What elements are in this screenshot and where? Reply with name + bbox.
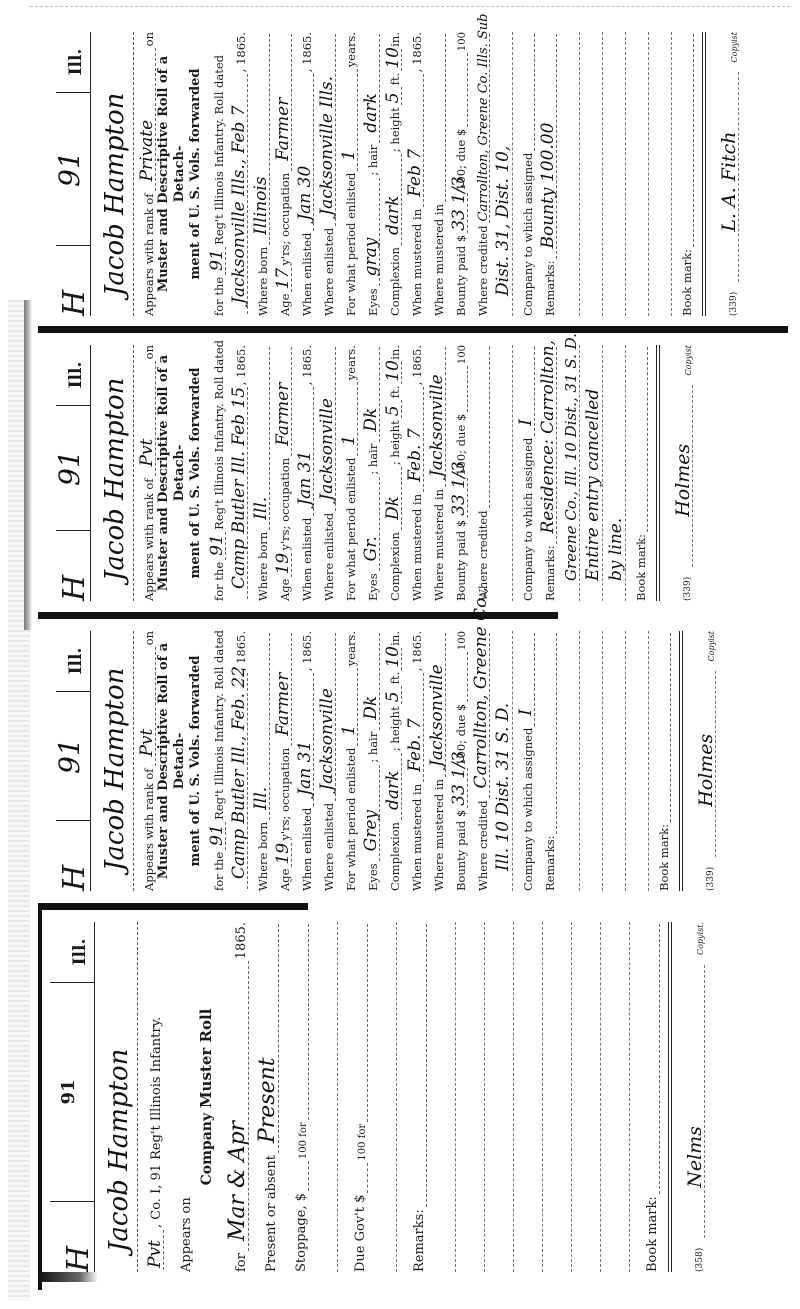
- blank-line: [514, 922, 543, 1272]
- period-row: For what period enlisted 1 years.: [336, 345, 358, 601]
- service-card-1: H 91 Ill. Jacob Hampton Appears with ran…: [38, 20, 786, 330]
- company-row: Company to which assigned I: [513, 345, 535, 601]
- age-row: Age 19 y'rs; occupation Farmer: [270, 345, 292, 601]
- regiment-text: Reg't Illinois Infantry. Roll dated: [212, 340, 226, 530]
- where-credited-value-2: Dist. 31, Dist. 10,: [493, 146, 513, 296]
- when-enlisted-label: When enlisted: [300, 808, 314, 891]
- blank-line: [557, 631, 580, 891]
- when-mustered-label: When mustered in: [410, 784, 424, 891]
- card-header: H 91 Ill.: [48, 631, 91, 891]
- height-in-suffix: in.: [388, 631, 402, 646]
- period-value: 1: [339, 435, 359, 446]
- height-ft-suffix: ft.: [388, 386, 402, 399]
- where-mustered-value: Jacksonville: [427, 664, 447, 767]
- regiment-num: 91: [207, 534, 227, 556]
- present-row: Present or absent Present: [249, 922, 279, 1272]
- rank-value: Pvt: [145, 1240, 165, 1268]
- when-mustered-year: , 1865.: [410, 345, 424, 385]
- soldier-name: Jacob Hampton: [97, 631, 134, 891]
- when-enlisted-row: When enlisted Jan 30 , 1865.: [292, 32, 314, 316]
- for-row: for Mar & Apr 1865.: [219, 922, 249, 1272]
- rank-unit-row: Pvt , Co. I, 91 Reg't Illinois Infantry.: [138, 922, 164, 1272]
- where-credited-line-2: Dist. 31, Dist. 10,: [490, 32, 513, 316]
- complexion-label: Complexion: [388, 822, 402, 891]
- remarks-label: Remarks:: [543, 836, 557, 891]
- roll-dated-row: Camp Butler Ill. Feb 15 , 1865.: [226, 345, 248, 601]
- where-credited-row: Where credited Carrollton, Greene Co.,: [468, 631, 490, 891]
- service-card-3: H 91 Ill. Jacob Hampton Appears with ran…: [38, 619, 786, 905]
- bounty-paid-value: 33 1/3: [449, 176, 469, 230]
- card-footer: (358) Nelms Copyist.: [680, 922, 705, 1272]
- height-ft-suffix: ft.: [388, 73, 402, 86]
- double-rule: [679, 631, 683, 891]
- blank-line: [309, 922, 338, 1272]
- roll-title-company: Company: [199, 1113, 215, 1185]
- height-in-suffix: in.: [388, 32, 402, 47]
- form-title-2: ment of U. S. Vols. forwarded: [188, 32, 204, 316]
- height-ft-suffix: ft.: [388, 672, 402, 685]
- due-gov-row: Due Gov't $ 100 for: [338, 922, 368, 1272]
- card-header: H 91 Ill.: [52, 922, 95, 1272]
- where-enlisted-label: Where enlisted: [322, 513, 336, 601]
- blank-line: [580, 631, 603, 891]
- age-value: 19: [273, 553, 293, 575]
- rank-row: Appears with rank of Pvt on: [134, 345, 156, 601]
- blank-line: [580, 32, 603, 316]
- where-enlisted-label: Where enlisted: [322, 803, 336, 891]
- remarks-line-3: Entire entry cancelled: [580, 345, 603, 601]
- stoppage-row: Stoppage, $ 100 for: [279, 922, 309, 1272]
- occupation-value: Farmer: [273, 673, 293, 736]
- due-gov-for-label: 100 for: [357, 1124, 368, 1161]
- eyes-hair-row: Eyes Grey ; hair Dk: [358, 631, 380, 891]
- complexion-value: Dk: [383, 496, 403, 520]
- bounty-paid-value: 33 1/3: [449, 751, 469, 805]
- eyes-value: Grey: [361, 810, 381, 851]
- copyist-signature: L. A. Fitch: [718, 132, 740, 232]
- service-card-4: H 91 Ill. Jacob Hampton Pvt , Co. I, 91 …: [42, 910, 786, 1290]
- copyist-signature: Nelms: [684, 1126, 706, 1188]
- rank-suffix: on: [142, 631, 156, 645]
- blank-line: [485, 922, 514, 1272]
- blank-line: [427, 922, 456, 1272]
- regiment-row: for the 91 Reg't Illinois Infantry. Roll…: [204, 631, 226, 891]
- soldier-name: Jacob Hampton: [101, 922, 138, 1272]
- complexion-label: Complexion: [388, 247, 402, 316]
- where-mustered-label: Where mustered in: [432, 204, 446, 316]
- roll-title-muster-roll: Muster Roll: [197, 1009, 215, 1108]
- card-footer: (339) Holmes Copyist: [668, 345, 693, 601]
- remarks-value: Residence: Carrollton,: [538, 340, 558, 534]
- stoppage-label: Stoppage, $: [294, 1193, 309, 1272]
- blank-line: [368, 922, 397, 1272]
- company-value: I: [516, 709, 536, 716]
- regiment-text: Reg't Illinois Infantry. Roll dated: [212, 55, 226, 245]
- bounty-row: Bounty paid $ 33 1/3 100; due $ 100: [446, 631, 468, 891]
- remarks-row: Remarks:: [535, 631, 557, 891]
- when-mustered-row: When mustered in Feb. 7 , 1865.: [402, 345, 424, 601]
- surname-initial: H: [60, 246, 90, 316]
- state-abbrev: Ill.: [66, 631, 90, 691]
- where-credited-line-2: Ill. 10 Dist. 31 S. D.: [490, 631, 513, 891]
- where-credited-value: Carrollton, Greene Co. Ills. Sub: [476, 14, 491, 222]
- blank-line: [456, 922, 485, 1272]
- where-enlisted-row: Where enlisted Jacksonville: [314, 631, 336, 891]
- where-credited-label: Where credited: [476, 225, 490, 316]
- book-mark-label: Book mark:: [645, 1196, 660, 1272]
- when-enlisted-label: When enlisted: [300, 518, 314, 601]
- when-mustered-value: Feb 7: [405, 149, 425, 197]
- eyes-label: Eyes: [366, 288, 380, 316]
- where-mustered-row: Where mustered in Jacksonville: [424, 345, 446, 601]
- form-number: (339): [683, 577, 693, 601]
- where-mustered-row: Where mustered in Jacksonville: [424, 631, 446, 891]
- company-label: Company to which assigned: [521, 438, 535, 601]
- where-born-row: Where born Ill.: [248, 631, 270, 891]
- complexion-label: Complexion: [388, 532, 402, 601]
- where-born-label: Where born: [256, 247, 270, 316]
- binding-mark: [38, 1272, 98, 1282]
- occupation-value: Farmer: [273, 98, 293, 161]
- binding-shadow: [24, 300, 32, 630]
- complexion-value: dark: [383, 771, 403, 810]
- state-abbrev: Ill.: [66, 345, 90, 405]
- when-enlisted-row: When enlisted Jan 31 , 1865.: [292, 345, 314, 601]
- form-title-1: Muster and Descriptive Roll of a Detach-: [156, 32, 188, 316]
- blank-line: [626, 32, 649, 316]
- regiment-number: 91: [56, 92, 90, 246]
- height-ft-value: 5: [383, 405, 403, 416]
- card-2-band: H 91 Ill. Jacob Hampton Appears with ran…: [38, 333, 786, 615]
- rank-row: Appears with rank of Private on: [134, 32, 156, 316]
- where-mustered-label: Where mustered in: [432, 489, 446, 601]
- form-title-2: ment of U. S. Vols. forwarded: [188, 345, 204, 601]
- company-label: Company to which assigned: [521, 728, 535, 891]
- blank-line: [649, 32, 672, 316]
- unit-text: , Co. I, 91 Reg't Illinois Infantry.: [149, 1017, 164, 1228]
- when-mustered-year: , 1865.: [410, 32, 424, 72]
- card-header: H 91 Ill.: [48, 32, 91, 316]
- regiment-num: 91: [207, 824, 227, 846]
- period-label: For what period enlisted: [344, 173, 358, 316]
- present-label: Present or absent: [264, 1155, 279, 1272]
- where-born-row: Where born Illinois: [248, 32, 270, 316]
- where-born-value: Ill.: [251, 497, 271, 520]
- copyist-label: Copyist: [684, 345, 693, 375]
- regiment-row: for the 91 Reg't Illinois Infantry. Roll…: [204, 32, 226, 316]
- complexion-height-row: Complexion dark ; height 5 ft. 10 in.: [380, 631, 402, 891]
- rank-value: Pvt: [137, 729, 157, 757]
- where-born-label: Where born: [256, 822, 270, 891]
- blank-line: [603, 631, 626, 891]
- bounty-cents: 100: [457, 32, 468, 51]
- where-mustered-label: Where mustered in: [432, 779, 446, 891]
- when-mustered-value: Feb. 7: [405, 718, 425, 771]
- remarks-label: Remarks:: [543, 261, 557, 316]
- when-mustered-label: When mustered in: [410, 209, 424, 316]
- appears-on-label: Appears on: [179, 1197, 194, 1272]
- card-divider: [38, 903, 308, 910]
- remarks-value: Bounty 100.00: [538, 123, 558, 249]
- for-label: for: [234, 1253, 249, 1272]
- copyist-signature: Holmes: [695, 734, 717, 807]
- occupation-label: y'rs; occupation: [278, 458, 292, 551]
- service-card-2: H 91 Ill. Jacob Hampton Appears with ran…: [38, 333, 786, 615]
- eyes-value: gray: [361, 238, 381, 277]
- where-born-row: Where born Ill.: [248, 345, 270, 601]
- occupation-label: y'rs; occupation: [278, 173, 292, 266]
- blank-line: [601, 922, 630, 1272]
- when-enlisted-year: , 1865.: [300, 631, 314, 671]
- height-in-value: 10: [383, 646, 403, 668]
- eyes-label: Eyes: [366, 573, 380, 601]
- height-label: ; height: [388, 420, 402, 465]
- age-row: Age 17 y'rs; occupation Farmer: [270, 32, 292, 316]
- company-row: Company to which assigned I: [513, 631, 535, 891]
- when-enlisted-year: , 1865.: [300, 32, 314, 72]
- age-value: 19: [273, 843, 293, 865]
- where-enlisted-row: Where enlisted Jacksonville: [314, 345, 336, 601]
- period-value: 1: [339, 150, 359, 161]
- company-row: Company to which assigned: [513, 32, 535, 316]
- period-suffix: years.: [344, 631, 358, 666]
- for-value: Mar & Apr: [225, 1121, 250, 1241]
- period-row: For what period enlisted 1 years.: [336, 631, 358, 891]
- remarks-line-2: Greene Co., Ill. 10 Dist., 31 S. D.: [557, 345, 580, 601]
- book-mark-label: Book mark:: [634, 534, 648, 601]
- state-abbrev: Ill.: [66, 32, 90, 92]
- bounty-paid-value: 33 1/3: [449, 461, 469, 515]
- card-4-band: H 91 Ill. Jacob Hampton Pvt , Co. I, 91 …: [38, 910, 790, 1290]
- bounty-label: Bounty paid $: [454, 810, 468, 891]
- blank-line: [490, 345, 513, 601]
- height-label: ; height: [388, 107, 402, 152]
- form-number: (339): [706, 867, 716, 891]
- remarks-value-2: Greene Co., Ill. 10 Dist., 31 S. D.: [562, 333, 580, 581]
- blank-line: [543, 922, 572, 1272]
- rank-suffix: on: [142, 32, 156, 46]
- eyes-hair-row: Eyes Gr. ; hair Dk: [358, 345, 380, 601]
- roll-year: , 1865.: [234, 32, 248, 72]
- age-label: Age: [278, 869, 292, 891]
- remarks-label: Remarks:: [412, 1209, 427, 1272]
- book-mark-row: Book mark:: [630, 922, 660, 1272]
- bounty-row: Bounty paid $ 33 1/3 100; due $ 100: [446, 32, 468, 316]
- copyist-label: Copyist: [730, 32, 739, 62]
- remarks-line-4: by line.: [603, 345, 626, 601]
- roll-dated-value: Camp Butler Ill. Feb 15: [229, 387, 249, 589]
- age-label: Age: [278, 579, 292, 601]
- due-gov-label: Due Gov't $: [353, 1195, 368, 1272]
- when-enlisted-row: When enlisted Jan 31 , 1865.: [292, 631, 314, 891]
- when-mustered-row: When mustered in Feb. 7 , 1865.: [402, 631, 424, 891]
- roll-dated-value: Camp Butler Ill., Feb. 22: [229, 666, 249, 879]
- remarks-value-4: by line.: [606, 518, 626, 581]
- for-the-label: for the: [212, 562, 226, 601]
- stoppage-for-label: 100 for: [298, 1122, 309, 1159]
- appears-on-row: Appears on: [164, 922, 194, 1272]
- period-suffix: years.: [344, 345, 358, 380]
- complexion-value: dark: [383, 196, 403, 235]
- form-number: (358): [695, 1248, 705, 1272]
- where-enlisted-value: Jacksonville: [317, 688, 337, 791]
- form-title-1: Muster and Descriptive Roll of a Detach-: [156, 631, 188, 891]
- occupation-label: y'rs; occupation: [278, 748, 292, 841]
- book-mark-row: Book mark:: [649, 631, 671, 891]
- when-mustered-label: When mustered in: [410, 494, 424, 601]
- eyes-hair-row: Eyes gray ; hair dark: [358, 32, 380, 316]
- soldier-name: Jacob Hampton: [97, 345, 134, 601]
- bounty-label: Bounty paid $: [454, 520, 468, 601]
- double-rule: [656, 345, 660, 601]
- surname-initial: H: [60, 531, 90, 601]
- hair-value: dark: [361, 93, 381, 132]
- bounty-cents: 100: [457, 345, 468, 364]
- hair-label: ; hair: [366, 145, 380, 176]
- when-mustered-row: When mustered in Feb 7 , 1865.: [402, 32, 424, 316]
- when-enlisted-value: Jan 31: [295, 451, 315, 506]
- soldier-name: Jacob Hampton: [97, 32, 134, 316]
- when-enlisted-label: When enlisted: [300, 233, 314, 316]
- where-enlisted-row: Where enlisted Jacksonville Ills.: [314, 32, 336, 316]
- when-enlisted-value: Jan 31: [295, 741, 315, 796]
- age-label: Age: [278, 294, 292, 316]
- regiment-row: for the 91 Reg't Illinois Infantry. Roll…: [204, 345, 226, 601]
- when-mustered-year: , 1865.: [410, 631, 424, 671]
- state-abbrev: Ill.: [70, 922, 94, 982]
- rank-label: Appears with rank of: [142, 768, 156, 891]
- book-mark-row: Book mark:: [626, 345, 648, 601]
- surname-initial: H: [64, 1202, 94, 1272]
- card-3-band: H 91 Ill. Jacob Hampton Appears with ran…: [38, 619, 786, 905]
- company-label: Company to which assigned: [521, 153, 535, 316]
- rank-suffix: on: [142, 345, 156, 359]
- when-enlisted-value: Jan 30: [295, 166, 315, 221]
- period-label: For what period enlisted: [344, 748, 358, 891]
- card-footer: (339) Holmes Copyist: [691, 631, 716, 891]
- where-credited-value-2: Ill. 10 Dist. 31 S. D.: [493, 703, 513, 871]
- hair-value: Dk: [361, 696, 381, 720]
- height-ft-value: 5: [383, 92, 403, 103]
- where-enlisted-label: Where enlisted: [322, 228, 336, 316]
- copyist-label: Copyist: [707, 631, 716, 661]
- height-in-suffix: in.: [388, 345, 402, 360]
- occupation-value: Farmer: [273, 383, 293, 446]
- form-title-2: ment of U. S. Vols. forwarded: [188, 631, 204, 891]
- blank-line: [603, 32, 626, 316]
- double-rule: [702, 32, 706, 316]
- rank-label: Appears with rank of: [142, 478, 156, 601]
- complexion-height-row: Complexion dark ; height 5 ft. 10 in.: [380, 32, 402, 316]
- when-enlisted-year: , 1865.: [300, 345, 314, 385]
- copyist-signature: Holmes: [672, 444, 694, 517]
- roll-title: Company Muster Roll: [198, 922, 215, 1272]
- where-born-value: Illinois: [251, 176, 271, 234]
- bounty-cents: 100: [457, 631, 468, 650]
- age-row: Age 19 y'rs; occupation Farmer: [270, 631, 292, 891]
- regiment-number: 91: [56, 691, 90, 821]
- where-mustered-value: Jacksonville: [427, 374, 447, 477]
- period-suffix: years.: [344, 32, 358, 67]
- rank-value: Private: [137, 120, 157, 182]
- remarks-label: Remarks:: [543, 546, 557, 601]
- where-born-value: Ill.: [251, 787, 271, 810]
- where-enlisted-value: Jacksonville: [317, 398, 337, 501]
- roll-year: , 1865.: [234, 345, 248, 385]
- card-footer: (339) L. A. Fitch Copyist: [714, 32, 739, 316]
- where-credited-label: Where credited: [476, 800, 490, 891]
- company-value: I: [516, 419, 536, 426]
- hair-label: ; hair: [366, 444, 380, 475]
- blank-line: [557, 32, 580, 316]
- age-value: 17: [273, 268, 293, 290]
- height-label: ; height: [388, 706, 402, 751]
- roll-dated-row: Camp Butler Ill., Feb. 22 , 1865.: [226, 631, 248, 891]
- rank-value: Pvt: [137, 439, 157, 467]
- hair-value: Dk: [361, 408, 381, 432]
- present-value: Present: [255, 1057, 280, 1143]
- regiment-num: 91: [207, 249, 227, 271]
- bounty-row: Bounty paid $ 33 1/3 100; due $ 100: [446, 345, 468, 601]
- book-mark-row: Book mark:: [672, 32, 694, 316]
- card-1-band: H 91 Ill. Jacob Hampton Appears with ran…: [38, 20, 786, 330]
- card-divider: [38, 326, 788, 333]
- bounty-label: Bounty paid $: [454, 235, 468, 316]
- card-header: H 91 Ill.: [48, 345, 91, 601]
- when-mustered-value: Feb. 7: [405, 428, 425, 481]
- period-label: For what period enlisted: [344, 458, 358, 601]
- remarks-row: Remarks:: [397, 922, 427, 1272]
- rank-label: Appears with rank of: [142, 193, 156, 316]
- eyes-label: Eyes: [366, 863, 380, 891]
- blank-line: [572, 922, 601, 1272]
- where-credited-row: Where credited: [468, 345, 490, 601]
- period-row: For what period enlisted 1 years.: [336, 32, 358, 316]
- eyes-value: Gr.: [361, 536, 381, 561]
- period-value: 1: [339, 725, 359, 736]
- remarks-row: Remarks: Residence: Carrollton,: [535, 345, 557, 601]
- height-ft-value: 5: [383, 691, 403, 702]
- remarks-row: Remarks: Bounty 100.00: [535, 32, 557, 316]
- double-rule: [668, 922, 672, 1272]
- regiment-number: 91: [56, 405, 90, 531]
- form-number: (339): [729, 292, 739, 316]
- for-the-label: for the: [212, 852, 226, 891]
- regiment-text: Reg't Illinois Infantry. Roll dated: [212, 630, 226, 820]
- height-in-value: 10: [383, 360, 403, 382]
- hair-label: ; hair: [366, 732, 380, 763]
- where-mustered-row: Where mustered in: [424, 32, 446, 316]
- blank-line: [626, 631, 649, 891]
- form-title-1: Muster and Descriptive Roll of a Detach-: [156, 345, 188, 601]
- book-mark-label: Book mark:: [657, 824, 671, 891]
- remarks-value-3: Entire entry cancelled: [583, 389, 603, 581]
- regiment-number: 91: [50, 982, 94, 1202]
- roll-dated-value: Jacksonville Ills., Feb 7: [229, 105, 249, 304]
- scan-top-edge: [30, 6, 790, 8]
- roll-dated-row: Jacksonville Ills., Feb 7 , 1865.: [226, 32, 248, 316]
- copyist-label: Copyist.: [696, 922, 705, 955]
- surname-initial: H: [60, 821, 90, 891]
- complexion-height-row: Complexion Dk ; height 5 ft. 10 in.: [380, 345, 402, 601]
- height-in-value: 10: [383, 47, 403, 69]
- for-the-label: for the: [212, 277, 226, 316]
- where-enlisted-value: Jacksonville Ills.: [317, 76, 337, 216]
- where-credited-value: Carrollton, Greene Co.,: [471, 587, 491, 788]
- where-credited-row: Where credited Carrollton, Greene Co. Il…: [468, 32, 490, 316]
- for-year: 1865.: [234, 922, 249, 959]
- where-born-label: Where born: [256, 532, 270, 601]
